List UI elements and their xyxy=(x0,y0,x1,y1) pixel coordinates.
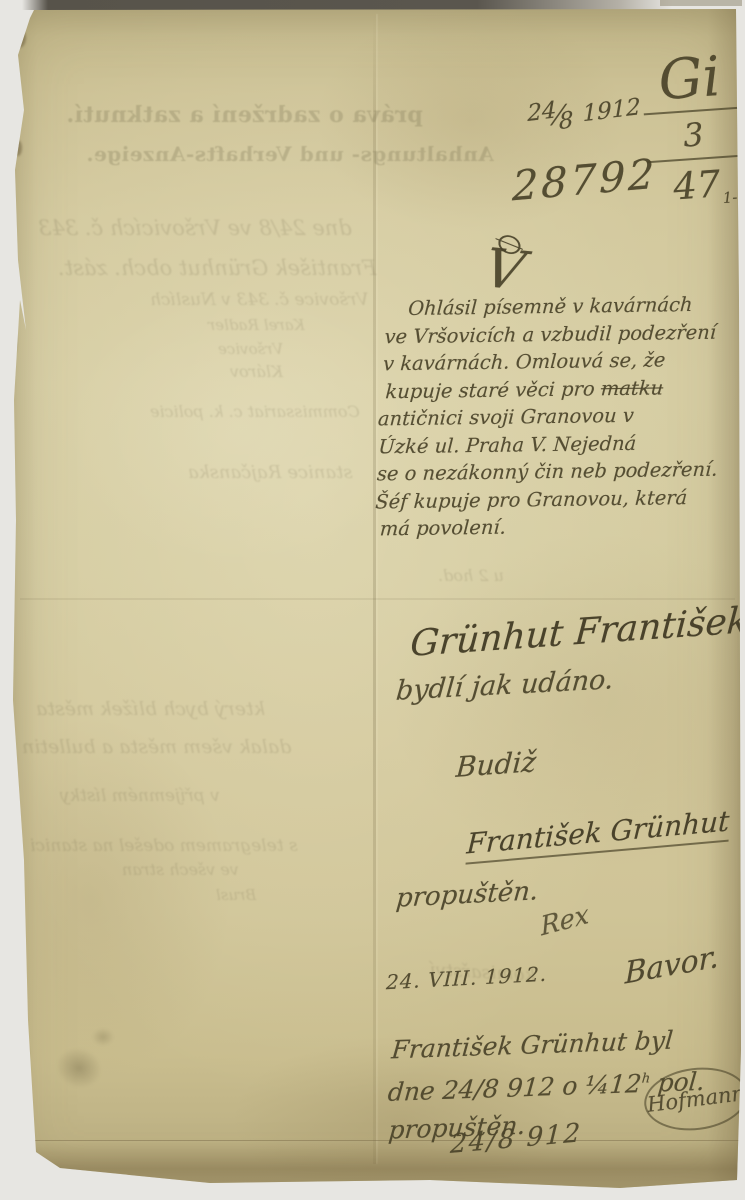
bleedthrough-line: ve všech stran xyxy=(122,860,239,879)
note-line: ve Vršovicích a vzbudil podezření xyxy=(384,318,726,350)
handwritten-note: Ohlásil písemně v kavárnách ve Vršovicíc… xyxy=(373,291,727,543)
bleedthrough-line: Vršovice xyxy=(218,340,283,358)
note-line: Šéf kupuje pro Granovou, která xyxy=(375,483,717,515)
scanner-gap-strip-right xyxy=(660,0,742,6)
file-code-bottom: 471- xyxy=(672,159,722,209)
registry-date-month: 8 xyxy=(559,107,574,135)
bleedthrough-line: Commissariat c. k. policie xyxy=(150,402,360,421)
horizontal-fold-crease xyxy=(20,598,735,600)
subject-name: Grünhut František xyxy=(409,600,745,665)
released-word: propuštěn. xyxy=(395,876,540,914)
struck-word: matku xyxy=(600,376,664,400)
note-line: má povolení. xyxy=(379,511,715,543)
bleedthrough-line: dalak všem města a bulletin xyxy=(22,736,291,758)
registry-date: 24⁄8 1912 xyxy=(527,91,641,135)
bleedthrough-line: dne 24/8 ve Vršovicích č. 343 xyxy=(38,216,352,240)
paper-sheet: práva o zadržení a zatknutí. Anhaltungs-… xyxy=(0,0,745,1200)
bleedthrough-line: který bych blížek města xyxy=(36,698,265,720)
bleedthrough-line: s telegramem odešel na stanici xyxy=(30,836,298,856)
bleedthrough-line: František Grünhut obch. zást. xyxy=(58,256,377,280)
note-line: Ohlásil písemně v kavárnách xyxy=(407,291,727,323)
registry-date-day: 24 xyxy=(527,97,557,127)
bleedthrough-line: u 2 hod. xyxy=(438,566,504,585)
bleedthrough-line: Brusl xyxy=(216,886,256,904)
file-code-middle: 3 xyxy=(644,109,743,164)
file-code-suffix: 1- xyxy=(722,188,738,207)
file-code-stack: Gi 3 471- xyxy=(640,49,745,211)
scanned-document: práva o zadržení a zatknutí. Anhaltungs-… xyxy=(0,0,745,1200)
torn-edge-mark xyxy=(14,140,22,156)
note-line: se o nezákonný čin neb podezření. xyxy=(376,456,718,488)
torn-edge-mark xyxy=(10,330,17,354)
bleedthrough-line: Karel Radler xyxy=(208,316,305,334)
bleedthrough-line: stanice Rajčanska xyxy=(188,462,353,483)
bleedthrough-printed-heading: Anhaltungs- und Verhafts-Anzeige. xyxy=(86,142,494,166)
official-initials: Rex xyxy=(540,899,591,942)
decision-date: 24. VIII. 1912. xyxy=(386,962,548,995)
torn-edge-mark xyxy=(12,28,26,48)
journal-number: 28792 xyxy=(512,150,658,211)
signature-bavor: Bavor. xyxy=(625,939,719,991)
scanner-gap-strip xyxy=(22,0,672,10)
bleedthrough-line: Klárov xyxy=(230,362,283,381)
ink-smudge xyxy=(51,1041,108,1094)
registry-date-year: 1912 xyxy=(582,94,641,127)
torn-edge-mark xyxy=(8,80,20,110)
ink-smudge xyxy=(92,1028,114,1046)
residence-note: bydlí jak udáno. xyxy=(395,664,615,707)
subject-name-underlined: František Grünhut xyxy=(466,804,731,864)
vertical-fold-crease xyxy=(373,14,376,1164)
bleedthrough-line: v příjemném lístky xyxy=(60,786,220,806)
bleedthrough-printed-heading: práva o zadržení a zatknutí. xyxy=(66,102,423,128)
order-word: Budiž xyxy=(455,745,537,784)
file-code-top: Gi xyxy=(640,49,740,116)
bleedthrough-line: Vršovice č. 343 v Nuslích xyxy=(150,290,368,310)
torn-edge-mark xyxy=(20,1040,29,1070)
